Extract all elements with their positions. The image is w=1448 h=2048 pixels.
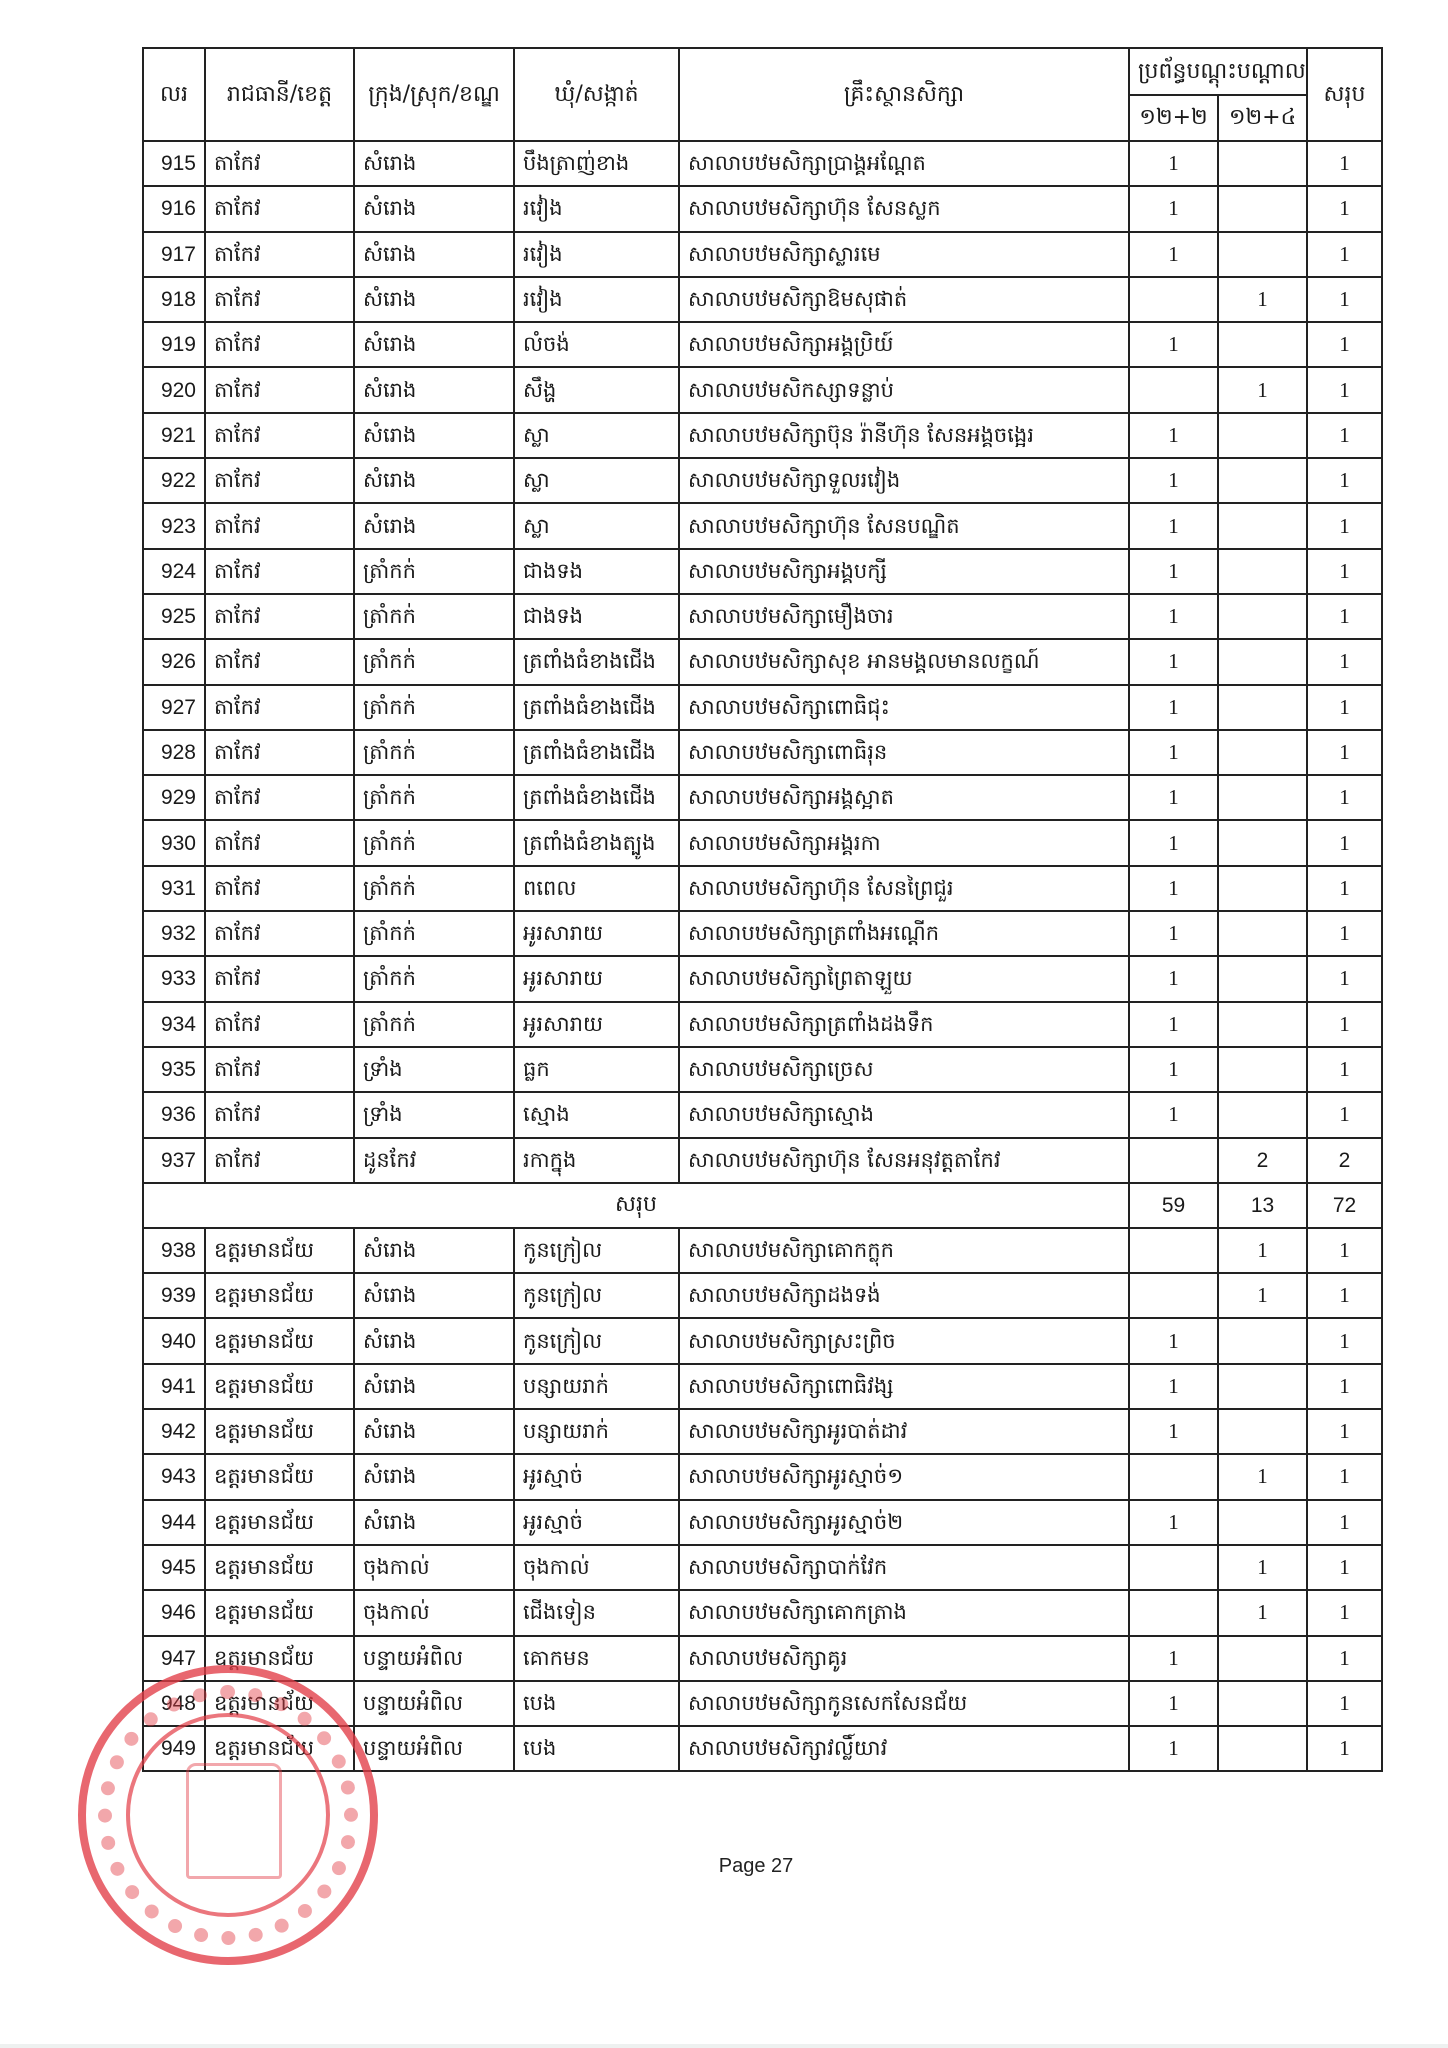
province-cell: ឧត្តរមានជ័យ <box>205 1545 354 1590</box>
commune-cell: បឹងត្រាញ់ខាង <box>514 141 679 186</box>
commune-cell: ត្រពាំងធំខាងជើង <box>514 639 679 684</box>
school-cell: សាលាបឋមសិក្សាស្រះព្រិច <box>679 1318 1129 1363</box>
commune-cell: កូនក្រៀល <box>514 1228 679 1273</box>
district-cell: បន្ទាយអំពិល <box>354 1681 514 1726</box>
table-row: 915តាកែវសំរោងបឹងត្រាញ់ខាងសាលាបឋមសិក្សាប្… <box>143 141 1382 186</box>
district-cell: សំរោង <box>354 413 514 458</box>
school-cell: សាលាបឋមសិក្សាអូរបាត់ដាវ <box>679 1409 1129 1454</box>
row-number: 942 <box>143 1409 205 1454</box>
count-12-2-cell: 1 <box>1129 413 1218 458</box>
row-number: 925 <box>143 594 205 639</box>
commune-cell: រកាក្នុង <box>514 1138 679 1183</box>
count-12-2-cell: 1 <box>1129 1726 1218 1771</box>
count-12-4-cell <box>1218 458 1307 503</box>
col-header-commune: ឃុំ/សង្កាត់ <box>514 48 679 141</box>
row-number: 916 <box>143 186 205 231</box>
commune-cell: បន្សាយរាក់ <box>514 1364 679 1409</box>
count-12-4-cell <box>1218 775 1307 820</box>
count-12-2-cell: 1 <box>1129 1681 1218 1726</box>
school-cell: សាលាបឋមសិក្សាស្លារមេ <box>679 232 1129 277</box>
table-row: 944ឧត្តរមានជ័យសំរោងអូរស្មាច់សាលាបឋមសិក្ស… <box>143 1500 1382 1545</box>
table-row: 925តាកែវត្រាំកក់ជាងទងសាលាបឋមសិក្សាមឿងចារ… <box>143 594 1382 639</box>
school-cell: សាលាបឋមសិក្សាគោកត្រាង <box>679 1590 1129 1635</box>
table-row: 933តាកែវត្រាំកក់អូរសារាយសាលាបឋមសិក្សាព្រ… <box>143 956 1382 1001</box>
total-cell: 1 <box>1307 1318 1382 1363</box>
table-row: 927តាកែវត្រាំកក់ត្រពាំងធំខាងជើងសាលាបឋមសិ… <box>143 685 1382 730</box>
table-row: 923តាកែវសំរោងស្លាសាលាបឋមសិក្សាហ៊ុន សែនបណ… <box>143 503 1382 548</box>
table-row: 930តាកែវត្រាំកក់ត្រពាំងធំខាងត្បូងសាលាបឋម… <box>143 820 1382 865</box>
commune-cell: អូរសារាយ <box>514 956 679 1001</box>
province-cell: តាកែវ <box>205 1138 354 1183</box>
table-row: 948ឧត្តរមានជ័យបន្ទាយអំពិលបេងសាលាបឋមសិក្ស… <box>143 1681 1382 1726</box>
province-cell: ឧត្តរមានជ័យ <box>205 1318 354 1363</box>
row-number: 927 <box>143 685 205 730</box>
count-12-4-cell <box>1218 820 1307 865</box>
total-cell: 1 <box>1307 1002 1382 1047</box>
district-cell: ត្រាំកក់ <box>354 820 514 865</box>
row-number: 948 <box>143 1681 205 1726</box>
school-cell: សាលាបឋមសិក្សាហ៊ុន សែនបណ្ឌិត <box>679 503 1129 548</box>
row-number: 924 <box>143 549 205 594</box>
table-row: 918តាកែវសំរោងរវៀងសាលាបឋមសិក្សាឱមសុផាត់11 <box>143 277 1382 322</box>
total-cell: 1 <box>1307 866 1382 911</box>
commune-cell: ត្រពាំងធំខាងជើង <box>514 775 679 820</box>
commune-cell: ត្រពាំងធំខាងត្បូង <box>514 820 679 865</box>
table-row: 929តាកែវត្រាំកក់ត្រពាំងធំខាងជើងសាលាបឋមសិ… <box>143 775 1382 820</box>
count-12-4-cell <box>1218 1681 1307 1726</box>
commune-cell: សឹង្ហ <box>514 367 679 412</box>
province-cell: តាកែវ <box>205 141 354 186</box>
table-row: 928តាកែវត្រាំកក់ត្រពាំងធំខាងជើងសាលាបឋមសិ… <box>143 730 1382 775</box>
count-12-4-cell <box>1218 911 1307 956</box>
commune-cell: រវៀង <box>514 186 679 231</box>
row-number: 933 <box>143 956 205 1001</box>
province-cell: តាកែវ <box>205 232 354 277</box>
district-cell: ដូនកែវ <box>354 1138 514 1183</box>
total-cell: 1 <box>1307 277 1382 322</box>
count-12-2-cell: 1 <box>1129 911 1218 956</box>
row-number: 915 <box>143 141 205 186</box>
count-12-4-cell <box>1218 1047 1307 1092</box>
province-cell: ឧត្តរមានជ័យ <box>205 1590 354 1635</box>
count-12-2-cell: 1 <box>1129 186 1218 231</box>
province-cell: ឧត្តរមានជ័យ <box>205 1273 354 1318</box>
row-number: 944 <box>143 1500 205 1545</box>
count-12-4-cell <box>1218 866 1307 911</box>
count-12-4-cell <box>1218 503 1307 548</box>
total-cell: 1 <box>1307 956 1382 1001</box>
count-12-4-cell <box>1218 549 1307 594</box>
count-12-4-cell: 1 <box>1218 1454 1307 1499</box>
table-row: 937តាកែវដូនកែវរកាក្នុងសាលាបឋមសិក្សាហ៊ុន … <box>143 1138 1382 1183</box>
row-number: 928 <box>143 730 205 775</box>
school-cell: សាលាបឋមសិក្សាប្រាង្គអណ្តែត <box>679 141 1129 186</box>
province-cell: ឧត្តរមានជ័យ <box>205 1228 354 1273</box>
total-cell: 1 <box>1307 503 1382 548</box>
count-12-4-cell <box>1218 685 1307 730</box>
count-12-4-cell <box>1218 186 1307 231</box>
count-12-2-cell: 1 <box>1129 141 1218 186</box>
total-cell: 1 <box>1307 639 1382 684</box>
province-cell: តាកែវ <box>205 413 354 458</box>
total-cell: 1 <box>1307 1273 1382 1318</box>
district-cell: ទ្រាំង <box>354 1047 514 1092</box>
count-12-2-cell <box>1129 1545 1218 1590</box>
row-number: 930 <box>143 820 205 865</box>
commune-cell: អូរស្មាច់ <box>514 1500 679 1545</box>
commune-cell: អូរសារាយ <box>514 1002 679 1047</box>
count-12-2-cell: 1 <box>1129 820 1218 865</box>
commune-cell: បន្សាយរាក់ <box>514 1409 679 1454</box>
province-cell: តាកែវ <box>205 1002 354 1047</box>
table-body-oddar-meanchey: 938ឧត្តរមានជ័យសំរោងកូនក្រៀលសាលាបឋមសិក្សា… <box>143 1228 1382 1772</box>
row-number: 929 <box>143 775 205 820</box>
province-cell: តាកែវ <box>205 730 354 775</box>
subtotal-section: សរុប 59 13 72 <box>143 1183 1382 1228</box>
school-cell: សាលាបឋមសិក្សាបាក់វែក <box>679 1545 1129 1590</box>
row-number: 934 <box>143 1002 205 1047</box>
province-cell: តាកែវ <box>205 503 354 548</box>
district-cell: សំរោង <box>354 1364 514 1409</box>
row-number: 939 <box>143 1273 205 1318</box>
district-cell: សំរោង <box>354 186 514 231</box>
school-cell: សាលាបឋមសិក្សាអង្គស្អាត <box>679 775 1129 820</box>
count-12-2-cell: 1 <box>1129 322 1218 367</box>
count-12-2-cell: 1 <box>1129 1047 1218 1092</box>
count-12-4-cell: 1 <box>1218 277 1307 322</box>
table-row: 941ឧត្តរមានជ័យសំរោងបន្សាយរាក់សាលាបឋមសិក្… <box>143 1364 1382 1409</box>
commune-cell: ស្លា <box>514 458 679 503</box>
count-12-2-cell: 1 <box>1129 232 1218 277</box>
count-12-2-cell: 1 <box>1129 956 1218 1001</box>
district-cell: សំរោង <box>354 503 514 548</box>
total-cell: 1 <box>1307 322 1382 367</box>
province-cell: តាកែវ <box>205 322 354 367</box>
subtotal-label: សរុប <box>143 1183 1129 1228</box>
row-number: 947 <box>143 1636 205 1681</box>
row-number: 917 <box>143 232 205 277</box>
col-header-no: លរ <box>143 48 205 141</box>
count-12-2-cell <box>1129 277 1218 322</box>
school-cell: សាលាបឋមសិក្សាគោកក្លុក <box>679 1228 1129 1273</box>
col-header-province: រាជធានី/ខេត្ត <box>205 48 354 141</box>
commune-cell: ជាងទង <box>514 549 679 594</box>
commune-cell: ពពេល <box>514 866 679 911</box>
school-cell: សាលាបឋមសិក្សាត្រពាំងអណ្តើក <box>679 911 1129 956</box>
province-cell: តាកែវ <box>205 458 354 503</box>
district-cell: ត្រាំកក់ <box>354 775 514 820</box>
school-cell: សាលាបឋមសិក្សាវល្លិ៍យាវ <box>679 1726 1129 1771</box>
table-row: 939ឧត្តរមានជ័យសំរោងកូនក្រៀលសាលាបឋមសិក្សា… <box>143 1273 1382 1318</box>
district-cell: ត្រាំកក់ <box>354 866 514 911</box>
row-number: 936 <box>143 1092 205 1137</box>
page-footer: Page 27 <box>0 1855 1448 1878</box>
district-cell: ចុងកាល់ <box>354 1545 514 1590</box>
row-number: 938 <box>143 1228 205 1273</box>
table-row: 931តាកែវត្រាំកក់ពពេលសាលាបឋមសិក្សាហ៊ុន សែ… <box>143 866 1382 911</box>
province-cell: តាកែវ <box>205 1092 354 1137</box>
district-cell: ចុងកាល់ <box>354 1590 514 1635</box>
count-12-4-cell <box>1218 730 1307 775</box>
district-cell: សំរោង <box>354 458 514 503</box>
table-row: 942ឧត្តរមានជ័យសំរោងបន្សាយរាក់សាលាបឋមសិក្… <box>143 1409 1382 1454</box>
count-12-2-cell <box>1129 1454 1218 1499</box>
count-12-2-cell: 1 <box>1129 1500 1218 1545</box>
commune-cell: ធ្លក <box>514 1047 679 1092</box>
province-cell: តាកែវ <box>205 549 354 594</box>
total-cell: 1 <box>1307 1454 1382 1499</box>
scan-edge <box>0 2044 1448 2048</box>
col-header-school: គ្រឹះស្ថានសិក្សា <box>679 48 1129 141</box>
district-cell: សំរោង <box>354 277 514 322</box>
table-row: 945ឧត្តរមានជ័យចុងកាល់ចុងកាល់សាលាបឋមសិក្ស… <box>143 1545 1382 1590</box>
count-12-2-cell <box>1129 1273 1218 1318</box>
count-12-2-cell: 1 <box>1129 1002 1218 1047</box>
total-cell: 1 <box>1307 730 1382 775</box>
province-cell: ឧត្តរមានជ័យ <box>205 1681 354 1726</box>
district-cell: បន្ទាយអំពិល <box>354 1636 514 1681</box>
total-cell: 1 <box>1307 820 1382 865</box>
count-12-2-cell: 1 <box>1129 775 1218 820</box>
total-cell: 1 <box>1307 186 1382 231</box>
school-cell: សាលាបឋមសិក្សាពោធិវង្ស <box>679 1364 1129 1409</box>
district-cell: សំរោង <box>354 1273 514 1318</box>
school-cell: សាលាបឋមសិក្សាព្រៃតាឡួយ <box>679 956 1129 1001</box>
count-12-4-cell <box>1218 413 1307 458</box>
total-cell: 1 <box>1307 549 1382 594</box>
commune-cell: អូរសារាយ <box>514 911 679 956</box>
row-number: 919 <box>143 322 205 367</box>
row-number: 937 <box>143 1138 205 1183</box>
school-cell: សាលាបឋមសិក្សាពោធិរុន <box>679 730 1129 775</box>
district-cell: ត្រាំកក់ <box>354 956 514 1001</box>
count-12-4-cell <box>1218 639 1307 684</box>
table-row: 926តាកែវត្រាំកក់ត្រពាំងធំខាងជើងសាលាបឋមសិ… <box>143 639 1382 684</box>
province-cell: តាកែវ <box>205 277 354 322</box>
school-cell: សាលាបឋមសិក្សាឱមសុផាត់ <box>679 277 1129 322</box>
district-cell: ត្រាំកក់ <box>354 1002 514 1047</box>
count-12-4-cell <box>1218 232 1307 277</box>
table-row: 940ឧត្តរមានជ័យសំរោងកូនក្រៀលសាលាបឋមសិក្សា… <box>143 1318 1382 1363</box>
commune-cell: អូរស្មាច់ <box>514 1454 679 1499</box>
commune-cell: ជាងទង <box>514 594 679 639</box>
district-cell: ត្រាំកក់ <box>354 911 514 956</box>
district-cell: សំរោង <box>354 141 514 186</box>
total-cell: 1 <box>1307 1636 1382 1681</box>
count-12-2-cell: 1 <box>1129 458 1218 503</box>
commune-cell: ចុងកាល់ <box>514 1545 679 1590</box>
province-cell: តាកែវ <box>205 367 354 412</box>
commune-cell: បេង <box>514 1726 679 1771</box>
count-12-4-cell <box>1218 322 1307 367</box>
table-row: 947ឧត្តរមានជ័យបន្ទាយអំពិលគោកមនសាលាបឋមសិក… <box>143 1636 1382 1681</box>
total-cell: 1 <box>1307 1681 1382 1726</box>
row-number: 920 <box>143 367 205 412</box>
count-12-2-cell: 1 <box>1129 549 1218 594</box>
table-row: 943ឧត្តរមានជ័យសំរោងអូរស្មាច់សាលាបឋមសិក្ស… <box>143 1454 1382 1499</box>
province-cell: តាកែវ <box>205 820 354 865</box>
school-cell: សាលាបឋមសិក្សាហ៊ុន សែនស្លក <box>679 186 1129 231</box>
school-cell: សាលាបឋមសិក្សាច្រេស <box>679 1047 1129 1092</box>
commune-cell: ជើងទៀន <box>514 1590 679 1635</box>
commune-cell: លំចង់ <box>514 322 679 367</box>
district-cell: ទ្រាំង <box>354 1092 514 1137</box>
row-number: 940 <box>143 1318 205 1363</box>
document-page: លរ រាជធានី/ខេត្ត ក្រុង/ស្រុក/ខណ្ឌ ឃុំ/សង… <box>0 0 1448 2048</box>
district-cell: សំរោង <box>354 1500 514 1545</box>
schools-table: លរ រាជធានី/ខេត្ត ក្រុង/ស្រុក/ខណ្ឌ ឃុំ/សង… <box>142 47 1383 1772</box>
school-cell: សាលាបឋមសិក្សាអង្គប្រិយ៍ <box>679 322 1129 367</box>
subtotal-12-4: 13 <box>1218 1183 1307 1228</box>
total-cell: 1 <box>1307 685 1382 730</box>
commune-cell: ត្រពាំងធំខាងជើង <box>514 730 679 775</box>
subtotal-row: សរុប 59 13 72 <box>143 1183 1382 1228</box>
total-cell: 1 <box>1307 458 1382 503</box>
province-cell: ឧត្តរមានជ័យ <box>205 1726 354 1771</box>
count-12-2-cell: 1 <box>1129 1092 1218 1137</box>
school-cell: សាលាបឋមសិក្សាអូរស្មាច់១ <box>679 1454 1129 1499</box>
count-12-2-cell: 1 <box>1129 503 1218 548</box>
count-12-2-cell: 1 <box>1129 1636 1218 1681</box>
commune-cell: ស្មោង <box>514 1092 679 1137</box>
total-cell: 1 <box>1307 775 1382 820</box>
row-number: 922 <box>143 458 205 503</box>
row-number: 943 <box>143 1454 205 1499</box>
commune-cell: ស្លា <box>514 413 679 458</box>
row-number: 921 <box>143 413 205 458</box>
count-12-4-cell: 1 <box>1218 367 1307 412</box>
school-cell: សាលាបឋមសិក្សាអង្គបក្សី <box>679 549 1129 594</box>
total-cell: 1 <box>1307 1590 1382 1635</box>
province-cell: ឧត្តរមានជ័យ <box>205 1364 354 1409</box>
province-cell: ឧត្តរមានជ័យ <box>205 1636 354 1681</box>
count-12-2-cell: 1 <box>1129 639 1218 684</box>
commune-cell: គោកមន <box>514 1636 679 1681</box>
total-cell: 1 <box>1307 1409 1382 1454</box>
row-number: 941 <box>143 1364 205 1409</box>
commune-cell: រវៀង <box>514 232 679 277</box>
district-cell: ត្រាំកក់ <box>354 730 514 775</box>
count-12-4-cell: 1 <box>1218 1545 1307 1590</box>
district-cell: សំរោង <box>354 1454 514 1499</box>
row-number: 945 <box>143 1545 205 1590</box>
district-cell: ត្រាំកក់ <box>354 594 514 639</box>
count-12-4-cell <box>1218 1002 1307 1047</box>
count-12-2-cell: 1 <box>1129 685 1218 730</box>
count-12-4-cell: 1 <box>1218 1590 1307 1635</box>
total-cell: 1 <box>1307 1047 1382 1092</box>
total-cell: 1 <box>1307 413 1382 458</box>
commune-cell: បេង <box>514 1681 679 1726</box>
school-cell: សាលាបឋមសិក្សាគូរ <box>679 1636 1129 1681</box>
school-cell: សាលាបឋមសិក្សាដងទង់ <box>679 1273 1129 1318</box>
total-cell: 1 <box>1307 1092 1382 1137</box>
count-12-2-cell: 1 <box>1129 1318 1218 1363</box>
total-cell: 2 <box>1307 1138 1382 1183</box>
school-cell: សាលាបឋមសិក្សាអង្គរកា <box>679 820 1129 865</box>
total-cell: 1 <box>1307 1228 1382 1273</box>
count-12-4-cell <box>1218 956 1307 1001</box>
school-cell: សាលាបឋមសិក្សាហ៊ុន សែនអនុវត្តតាកែវ <box>679 1138 1129 1183</box>
table-row: 932តាកែវត្រាំកក់អូរសារាយសាលាបឋមសិក្សាត្រ… <box>143 911 1382 956</box>
count-12-4-cell <box>1218 1409 1307 1454</box>
count-12-4-cell <box>1218 1364 1307 1409</box>
table-row: 949ឧត្តរមានជ័យបន្ទាយអំពិលបេងសាលាបឋមសិក្ស… <box>143 1726 1382 1771</box>
row-number: 932 <box>143 911 205 956</box>
row-number: 923 <box>143 503 205 548</box>
district-cell: សំរោង <box>354 367 514 412</box>
province-cell: តាកែវ <box>205 639 354 684</box>
row-number: 931 <box>143 866 205 911</box>
count-12-2-cell: 1 <box>1129 594 1218 639</box>
count-12-4-cell <box>1218 1092 1307 1137</box>
col-header-training-system: ប្រព័ន្ធបណ្តុះបណ្តាល <box>1129 48 1307 95</box>
district-cell: សំរោង <box>354 1228 514 1273</box>
province-cell: ឧត្តរមានជ័យ <box>205 1409 354 1454</box>
school-cell: សាលាបឋមសិក្សាអូរស្មាច់២ <box>679 1500 1129 1545</box>
school-cell: សាលាបឋមសិក្សាកូនសេកសែនជ័យ <box>679 1681 1129 1726</box>
district-cell: សំរោង <box>354 232 514 277</box>
school-cell: សាលាបឋមសិក្សាស្មោង <box>679 1092 1129 1137</box>
col-header-12-4: ១២+៤ <box>1218 95 1307 141</box>
count-12-4-cell <box>1218 1636 1307 1681</box>
school-cell: សាលាបឋមសិក្សាប៊ុន រ៉ានីហ៊ុន សែនអង្គចង្អេ… <box>679 413 1129 458</box>
school-cell: សាលាបឋមសិក្សាពោធិជុះ <box>679 685 1129 730</box>
total-cell: 1 <box>1307 1726 1382 1771</box>
province-cell: តាកែវ <box>205 866 354 911</box>
province-cell: ឧត្តរមានជ័យ <box>205 1454 354 1499</box>
count-12-4-cell: 1 <box>1218 1228 1307 1273</box>
province-cell: តាកែវ <box>205 911 354 956</box>
school-cell: សាលាបឋមសិក្សាមឿងចារ <box>679 594 1129 639</box>
table-row: 946ឧត្តរមានជ័យចុងកាល់ជើងទៀនសាលាបឋមសិក្សា… <box>143 1590 1382 1635</box>
count-12-4-cell <box>1218 1726 1307 1771</box>
school-cell: សាលាបឋមសិកស្សាទន្លាប់ <box>679 367 1129 412</box>
table-row: 917តាកែវសំរោងរវៀងសាលាបឋមសិក្សាស្លារមេ11 <box>143 232 1382 277</box>
province-cell: តាកែវ <box>205 1047 354 1092</box>
row-number: 935 <box>143 1047 205 1092</box>
province-cell: តាកែវ <box>205 594 354 639</box>
district-cell: សំរោង <box>354 1318 514 1363</box>
province-cell: តាកែវ <box>205 956 354 1001</box>
district-cell: ត្រាំកក់ <box>354 549 514 594</box>
count-12-4-cell <box>1218 141 1307 186</box>
commune-cell: រវៀង <box>514 277 679 322</box>
table-row: 934តាកែវត្រាំកក់អូរសារាយសាលាបឋមសិក្សាត្រ… <box>143 1002 1382 1047</box>
district-cell: សំរោង <box>354 322 514 367</box>
row-number: 918 <box>143 277 205 322</box>
commune-cell: កូនក្រៀល <box>514 1318 679 1363</box>
row-number: 926 <box>143 639 205 684</box>
count-12-4-cell <box>1218 594 1307 639</box>
province-cell: ឧត្តរមានជ័យ <box>205 1500 354 1545</box>
subtotal-total: 72 <box>1307 1183 1382 1228</box>
count-12-2-cell: 1 <box>1129 1409 1218 1454</box>
count-12-4-cell: 1 <box>1218 1273 1307 1318</box>
table-row: 919តាកែវសំរោងលំចង់សាលាបឋមសិក្សាអង្គប្រិយ… <box>143 322 1382 367</box>
school-cell: សាលាបឋមសិក្សាសុខ អានមង្គលមានលក្ខណ៍ <box>679 639 1129 684</box>
subtotal-12-2: 59 <box>1129 1183 1218 1228</box>
school-cell: សាលាបឋមសិក្សាទួលរវៀង <box>679 458 1129 503</box>
total-cell: 1 <box>1307 594 1382 639</box>
commune-cell: ត្រពាំងធំខាងជើង <box>514 685 679 730</box>
table-row: 924តាកែវត្រាំកក់ជាងទងសាលាបឋមសិក្សាអង្គបក… <box>143 549 1382 594</box>
total-cell: 1 <box>1307 1364 1382 1409</box>
table-row: 938ឧត្តរមានជ័យសំរោងកូនក្រៀលសាលាបឋមសិក្សា… <box>143 1228 1382 1273</box>
count-12-4-cell <box>1218 1500 1307 1545</box>
col-header-12-2: ១២+២ <box>1129 95 1218 141</box>
total-cell: 1 <box>1307 141 1382 186</box>
